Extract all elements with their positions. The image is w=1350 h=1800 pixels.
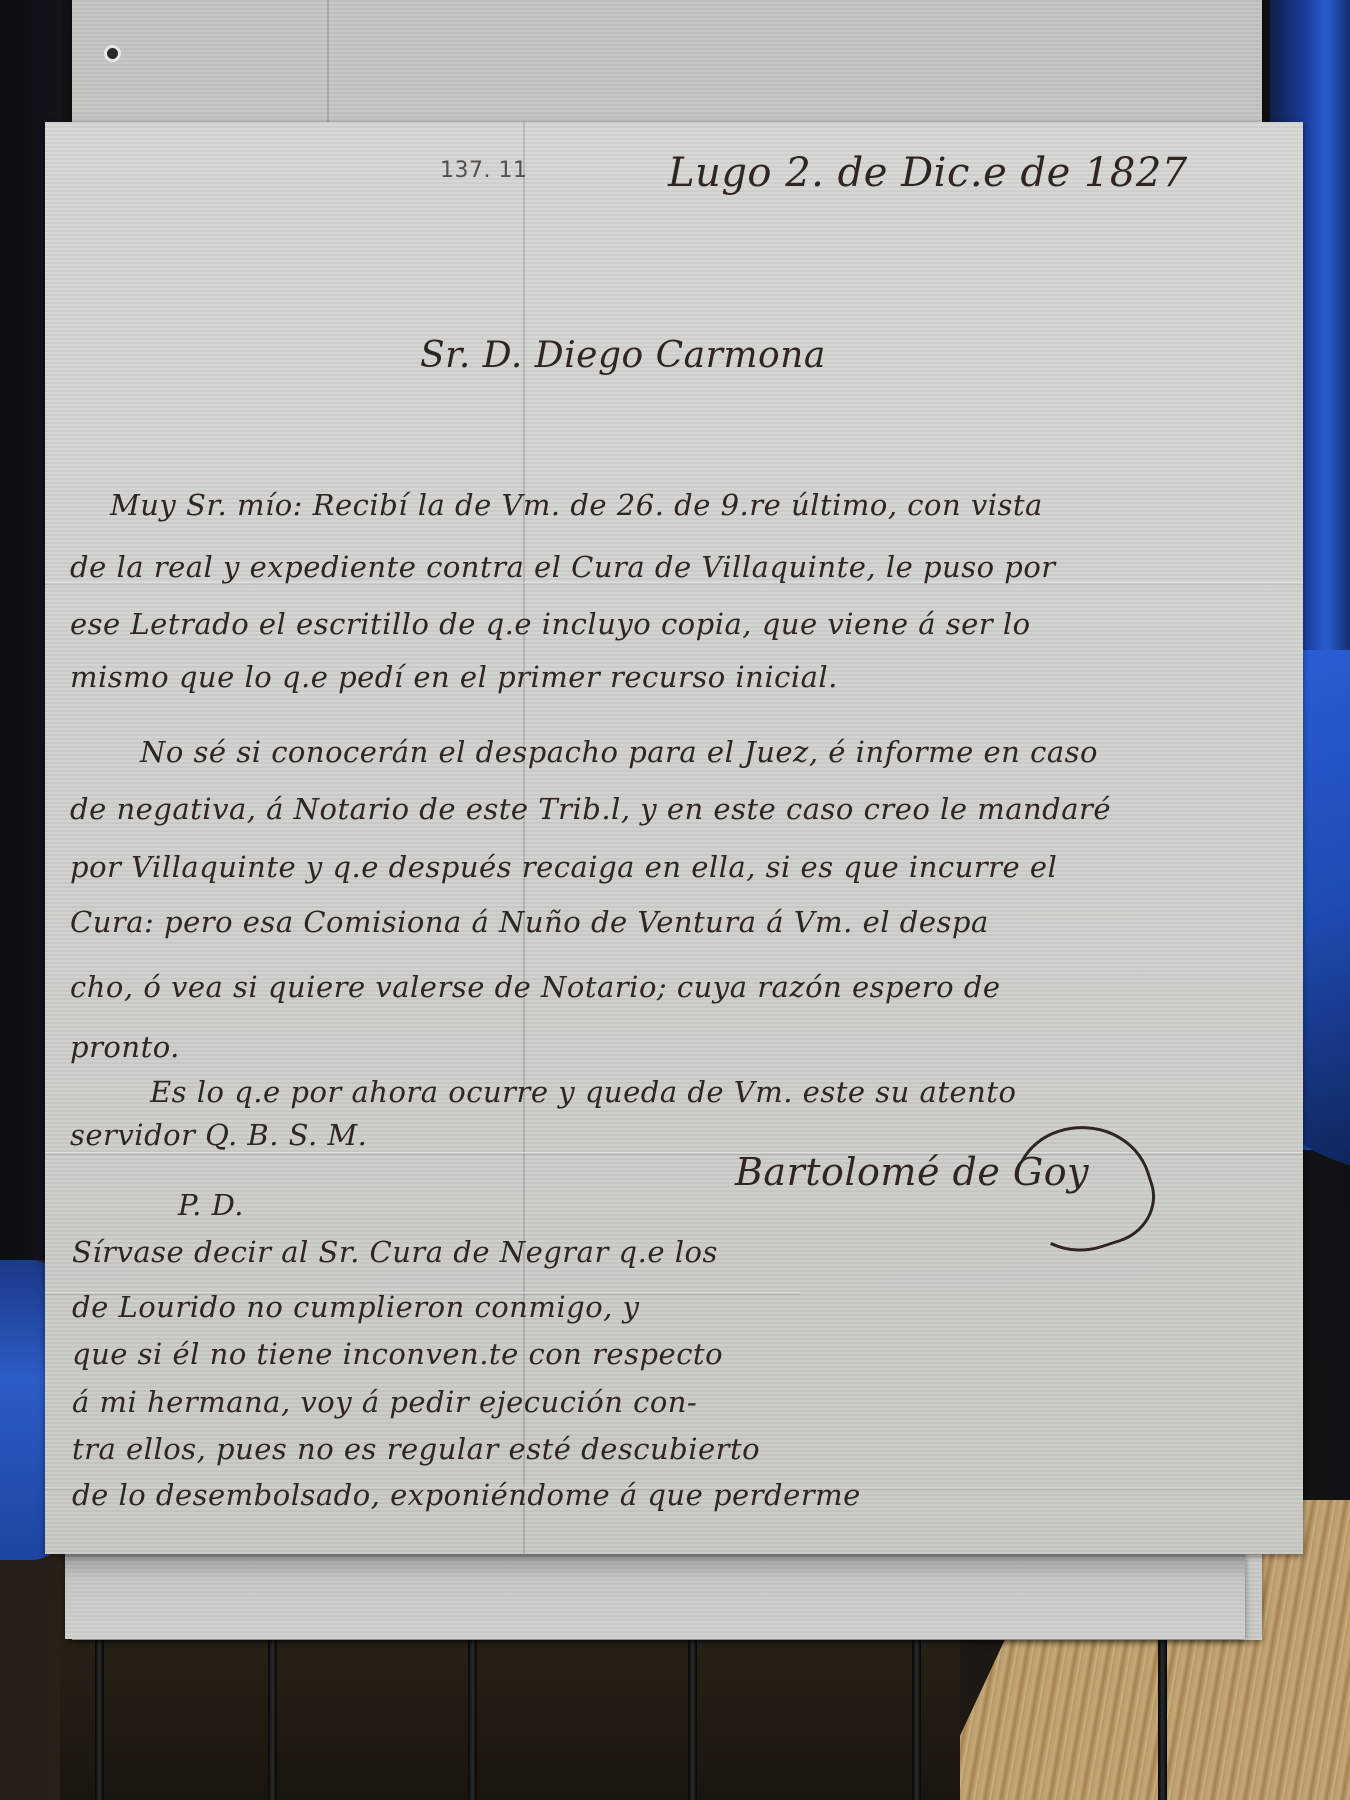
body-line: cho, ó vea si quiere valerse de Notario;… — [70, 970, 1001, 1004]
metal-bar — [95, 1640, 104, 1800]
postscript-line: á mi hermana, voy á pedir ejecución con- — [72, 1385, 697, 1419]
body-line: servidor Q. B. S. M. — [70, 1118, 367, 1152]
body-line: mismo que lo q.e pedí en el primer recur… — [70, 660, 838, 694]
body-line: ese Letrado el escritillo de q.e incluyo… — [70, 607, 1031, 641]
shadow-area — [60, 1620, 960, 1800]
metal-bar — [912, 1640, 921, 1800]
body-line: Muy Sr. mío: Recibí la de Vm. de 26. de … — [110, 488, 1043, 522]
body-line: No sé si conocerán el despacho para el J… — [140, 735, 1098, 769]
fold-line — [327, 0, 329, 125]
postscript-line: de lo desembolsado, exponiéndome á que p… — [72, 1478, 861, 1512]
body-line: de negativa, á Notario de este Trib.l, y… — [70, 792, 1111, 826]
punch-hole — [107, 48, 118, 59]
postscript-line: que si él no tiene inconven.te con respe… — [72, 1337, 723, 1371]
postscript-line: tra ellos, pues no es regular esté descu… — [72, 1432, 760, 1466]
body-line: pronto. — [70, 1030, 180, 1064]
folded-bottom-strip — [65, 1554, 1245, 1639]
body-line: por Villaquinte y q.e después recaiga en… — [70, 850, 1057, 884]
metal-bar — [688, 1640, 697, 1800]
body-line: Es lo q.e por ahora ocurre y queda de Vm… — [150, 1075, 1016, 1109]
postscript-line: Sírvase decir al Sr. Cura de Negrar q.e … — [72, 1235, 718, 1269]
photo-scene: 137. 11 Lugo 2. de Dic.e de 1827 Sr. D. … — [0, 0, 1350, 1800]
body-line: de la real y expediente contra el Cura d… — [70, 550, 1056, 584]
postscript-line: de Lourido no cumplieron conmigo, y — [72, 1290, 639, 1324]
postscript-heading: P. D. — [178, 1188, 244, 1222]
metal-bar — [468, 1640, 477, 1800]
body-line: Cura: pero esa Comisiona á Nuño de Ventu… — [70, 905, 989, 939]
recipient: Sr. D. Diego Carmona — [420, 335, 826, 376]
dateline: Lugo 2. de Dic.e de 1827 — [668, 150, 1188, 196]
archival-number: 137. 11 — [440, 158, 527, 183]
metal-bar — [1158, 1640, 1167, 1800]
metal-bar — [268, 1640, 277, 1800]
